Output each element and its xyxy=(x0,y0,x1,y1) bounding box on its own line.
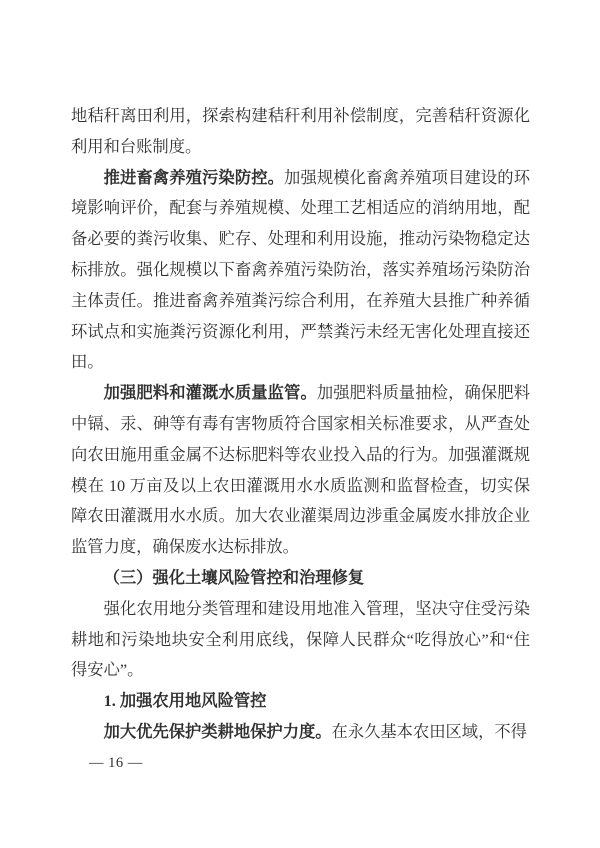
paragraph: 加强肥料和灌溉水质量监管。加强肥料质量抽检，确保肥料中镉、汞、砷等有毒有害物质符… xyxy=(71,378,530,563)
text-run: 强化农用地分类管理和建设用地准入管理，坚决守住受污染耕地和污染地块安全利用底线，… xyxy=(71,599,530,680)
text-run: 在永久基本农田区域，不得 xyxy=(332,722,527,741)
paragraph: 加大优先保护类耕地保护力度。在永久基本农田区域，不得 xyxy=(71,717,530,748)
paragraph: 推进畜禽养殖污染防控。加强规模化畜禽养殖项目建设的环境影响评价，配套与养殖规模、… xyxy=(71,163,530,379)
text-run: 推进畜禽养殖污染防控。 xyxy=(104,168,284,187)
text-run: （三）强化土壤风险管控和治理修复 xyxy=(104,568,365,587)
document-body: 地秸秆离田利用，探索构建秸秆利用补偿制度，完善秸秆资源化利用和台账制度。推进畜禽… xyxy=(71,101,530,748)
text-run: 地秸秆离田利用，探索构建秸秆利用补偿制度，完善秸秆资源化利用和台账制度。 xyxy=(71,106,530,156)
section-heading: 1. 加强农用地风险管控 xyxy=(71,686,530,717)
document-page: 地秸秆离田利用，探索构建秸秆利用补偿制度，完善秸秆资源化利用和台账制度。推进畜禽… xyxy=(0,0,600,848)
text-run: 加大优先保护类耕地保护力度。 xyxy=(104,722,332,741)
text-run: 加强规模化畜禽养殖项目建设的环境影响评价，配套与养殖规模、处理工艺相适应的消纳用… xyxy=(71,168,530,372)
text-run: 1. 加强农用地风险管控 xyxy=(104,691,267,710)
paragraph: 强化农用地分类管理和建设用地准入管理，坚决守住受污染耕地和污染地块安全利用底线，… xyxy=(71,594,530,686)
section-heading: （三）强化土壤风险管控和治理修复 xyxy=(71,563,530,594)
text-run: 加强肥料质量抽检，确保肥料中镉、汞、砷等有毒有害物质符合国家相关标准要求，从严查… xyxy=(71,383,530,556)
text-run: 加强肥料和灌溉水质量监管。 xyxy=(104,383,317,402)
footer-page-number: — 16 — xyxy=(89,753,143,773)
paragraph: 地秸秆离田利用，探索构建秸秆利用补偿制度，完善秸秆资源化利用和台账制度。 xyxy=(71,101,530,163)
